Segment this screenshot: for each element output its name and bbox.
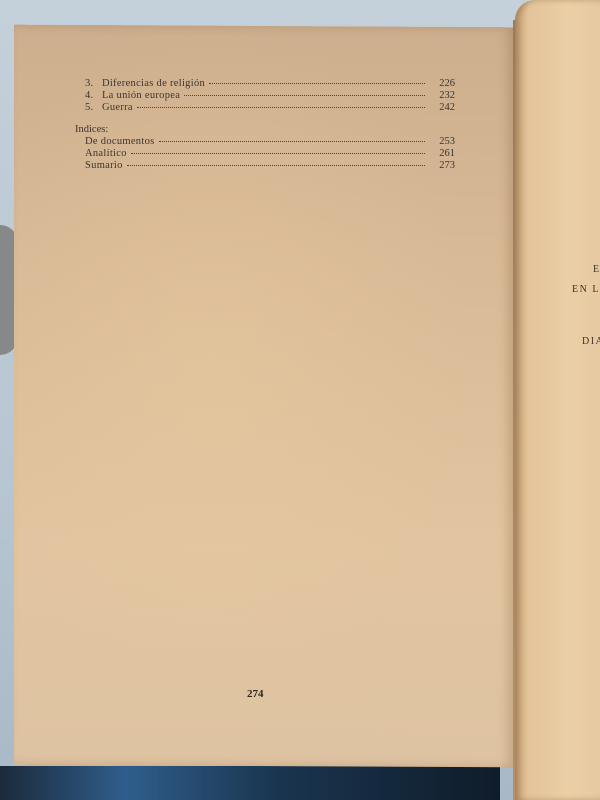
index-heading: Indices: — [75, 124, 455, 136]
dot-leader — [137, 106, 425, 108]
toc-entry-number: 3. — [85, 78, 99, 90]
index-entry-page: 253 — [433, 136, 455, 148]
index-entry-page: 273 — [433, 160, 455, 172]
dot-leader — [209, 82, 425, 84]
index-entry-label: De documentos — [85, 136, 155, 148]
index-entry-label: Analítico — [85, 148, 127, 160]
page-number: 274 — [247, 688, 264, 700]
right-page-text-fragment: EN L — [572, 284, 600, 295]
index-entry-page: 261 — [433, 148, 455, 160]
dot-leader — [127, 164, 425, 166]
index-entry: Analítico 261 — [75, 148, 455, 160]
toc-entry-number: 5. — [85, 102, 99, 114]
toc-entry-label: Guerra — [102, 102, 133, 113]
toc-entry: 5. Guerra 242 — [75, 102, 455, 114]
index-section: Indices: De documentos 253 Analítico 261… — [75, 124, 455, 171]
toc-entry: 3. Diferencias de religión 226 — [75, 78, 455, 90]
dot-leader — [131, 152, 425, 154]
index-entry-label: Sumario — [85, 160, 123, 172]
index-entry: De documentos 253 — [75, 136, 455, 148]
toc-entry-label: La unión europea — [102, 90, 180, 101]
right-page-text-fragment: E — [593, 264, 600, 275]
right-page-text-fragment: DIA — [582, 336, 600, 347]
right-book-page — [515, 0, 600, 800]
toc-entry-label: Diferencias de religión — [102, 78, 205, 89]
toc-entry-page: 226 — [433, 78, 455, 90]
toc-entry-page: 232 — [433, 90, 455, 102]
toc-entry: 4. La unión europea 232 — [75, 90, 455, 102]
dark-fabric-background — [0, 766, 500, 800]
dot-leader — [159, 140, 425, 142]
table-of-contents: 3. Diferencias de religión 226 4. La uni… — [75, 78, 455, 172]
dot-leader — [184, 94, 425, 96]
toc-entry-page: 242 — [433, 102, 455, 114]
index-entry: Sumario 273 — [75, 160, 455, 172]
toc-entry-number: 4. — [85, 90, 99, 102]
